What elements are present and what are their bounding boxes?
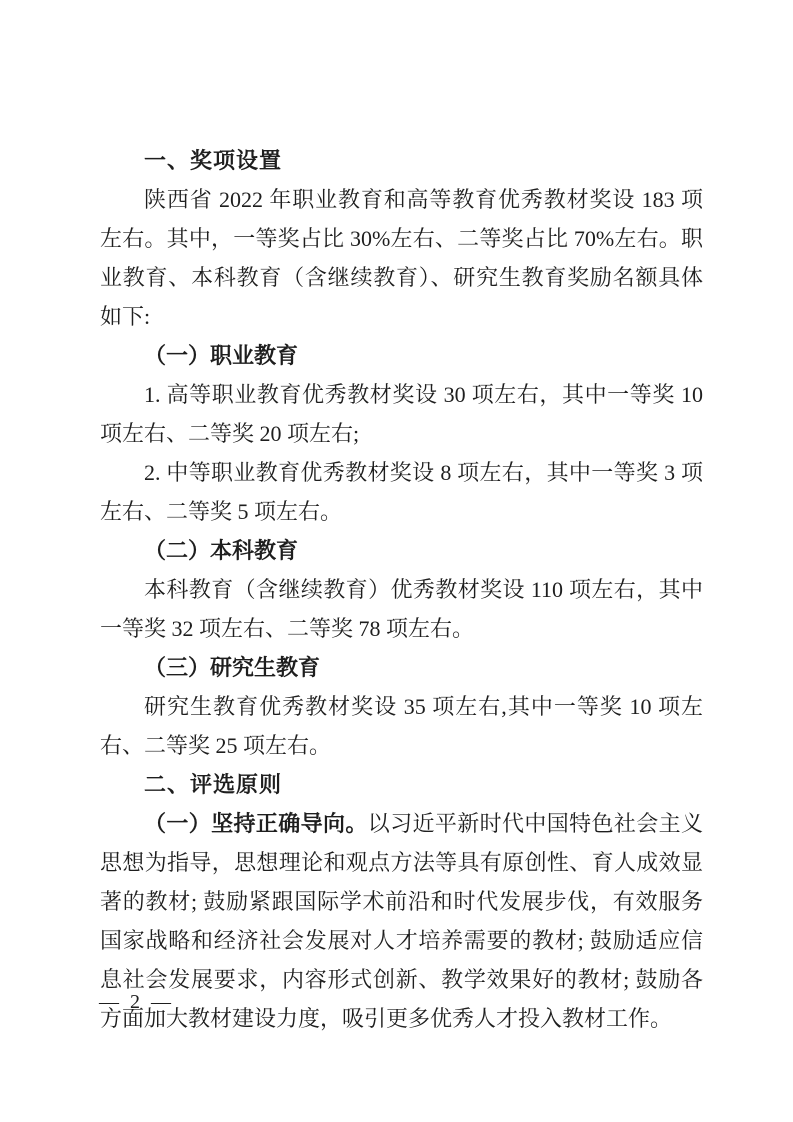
principle-1-text: 以习近平新时代中国特色社会主义思想为指导，思想理论和观点方法等具有原创性、育人成… (100, 811, 703, 1031)
heading-selection-principles: 二、评选原则 (100, 765, 703, 804)
page-number: — 2 — (99, 991, 174, 1014)
para-award-intro: 陕西省 2022 年职业教育和高等教育优秀教材奖设 183 项左右。其中，一等奖… (100, 180, 703, 336)
para-principle-1: （一）坚持正确导向。以习近平新时代中国特色社会主义思想为指导，思想理论和观点方法… (100, 804, 703, 1038)
document-body: 一、奖项设置 陕西省 2022 年职业教育和高等教育优秀教材奖设 183 项左右… (100, 141, 703, 1038)
heading-graduate-education: （三）研究生教育 (100, 648, 703, 687)
heading-award-setup: 一、奖项设置 (100, 141, 703, 180)
para-graduate: 研究生教育优秀教材奖设 35 项左右,其中一等奖 10 项左右、二等奖 25 项… (100, 687, 703, 765)
heading-undergraduate-education: （二）本科教育 (100, 531, 703, 570)
para-vocational-item-1: 1. 高等职业教育优秀教材奖设 30 项左右，其中一等奖 10 项左右、二等奖 … (100, 375, 703, 453)
document-page: 一、奖项设置 陕西省 2022 年职业教育和高等教育优秀教材奖设 183 项左右… (0, 0, 793, 1122)
para-vocational-item-2: 2. 中等职业教育优秀教材奖设 8 项左右，其中一等奖 3 项左右、二等奖 5 … (100, 453, 703, 531)
para-undergraduate: 本科教育（含继续教育）优秀教材奖设 110 项左右，其中一等奖 32 项左右、二… (100, 570, 703, 648)
heading-vocational-education: （一）职业教育 (100, 336, 703, 375)
principle-1-lead: （一）坚持正确导向。 (144, 811, 368, 836)
